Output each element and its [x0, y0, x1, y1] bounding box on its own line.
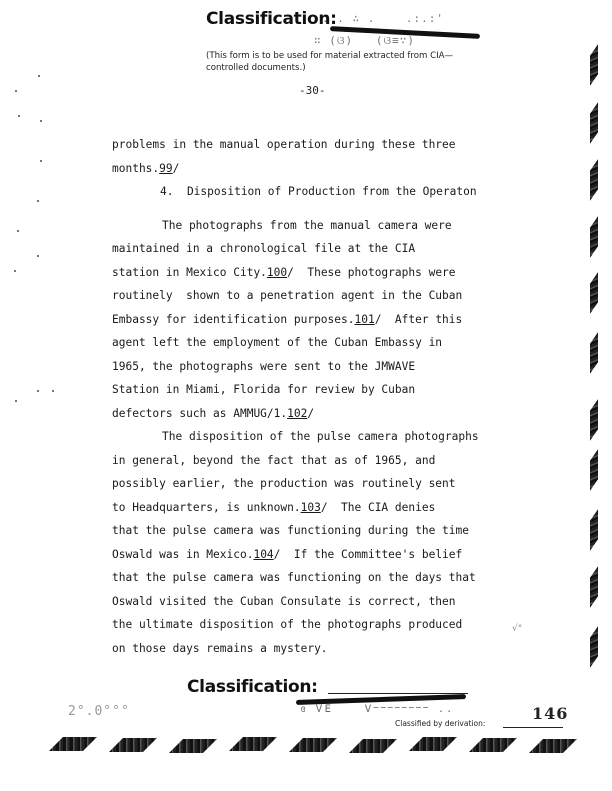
text-line: problems in the manual operation during … [112, 133, 532, 157]
footnote-ref: 101 [354, 313, 374, 326]
hatch-mark [590, 626, 598, 667]
derivation-line [503, 727, 563, 728]
scan-speck [18, 115, 20, 117]
hatch-mark [590, 449, 598, 490]
text-line: Oswald visited the Cuban Consulate is co… [112, 590, 532, 614]
scan-speck [15, 400, 17, 402]
text-line: to Headquarters, is unknown.103/ The CIA… [112, 496, 532, 520]
section-heading: 4. Disposition of Production from the Op… [112, 180, 532, 204]
text-segment: station in Mexico City. [112, 266, 267, 279]
redacted-marking-top-2: ∷ (ଓ) (ଓ≡∵) [314, 34, 415, 48]
hatch-mark [109, 738, 157, 752]
text-line: Station in Miami, Florida for review by … [112, 378, 532, 402]
text-line: the ultimate disposition of the photogra… [112, 613, 532, 637]
text-segment: / [307, 407, 314, 420]
form-note: (This form is to be used for material ex… [206, 50, 486, 74]
scan-speck [37, 255, 39, 257]
text-line: The disposition of the pulse camera phot… [112, 425, 532, 449]
text-segment: / After this [375, 313, 463, 326]
stamp-number: 2°.0°°° [68, 704, 130, 719]
hatch-mark [49, 737, 97, 751]
hatch-mark [590, 566, 598, 607]
text-segment: Station in Miami, Florida for review by … [112, 383, 415, 396]
scan-speck [14, 270, 16, 272]
text-line: Oswald was in Mexico.104/ If the Committ… [112, 543, 532, 567]
text-segment: The photographs from the manual camera w… [162, 219, 452, 232]
text-segment: / [173, 162, 180, 175]
text-segment: 4. Disposition of Production from the Op… [160, 185, 477, 198]
hatch-mark [590, 102, 598, 143]
text-line: The photographs from the manual camera w… [112, 214, 532, 238]
hatch-mark [590, 332, 598, 373]
text-segment: the ultimate disposition of the photogra… [112, 618, 462, 631]
text-line: that the pulse camera was functioning on… [112, 566, 532, 590]
text-segment: that the pulse camera was functioning du… [112, 524, 469, 537]
derivation-label: Classified by derivation: [395, 719, 485, 728]
text-segment: possibly earlier, the production was rou… [112, 477, 456, 490]
page-number-bottom: 146 [532, 704, 568, 723]
text-segment: defectors such as AMMUG/1. [112, 407, 287, 420]
text-line: 1965, the photographs were sent to the J… [112, 355, 532, 379]
text-line [112, 204, 532, 214]
text-segment: 1965, the photographs were sent to the J… [112, 360, 415, 373]
text-segment: Oswald was in Mexico. [112, 548, 253, 561]
text-line: that the pulse camera was functioning du… [112, 519, 532, 543]
margin-annotation: √° [512, 624, 522, 634]
text-segment: / The CIA denies [321, 501, 436, 514]
scan-speck [38, 75, 40, 77]
text-line: in general, beyond the fact that as of 1… [112, 449, 532, 473]
document-page: Classification: . . ∴ . .:.:' ∷ (ଓ) (ଓ≡∵… [0, 0, 612, 791]
text-segment: in general, beyond the fact that as of 1… [112, 454, 435, 467]
hatch-mark [169, 739, 217, 753]
text-segment: to Headquarters, is unknown. [112, 501, 301, 514]
hatch-mark [469, 738, 517, 752]
text-line: months.99/ [112, 157, 532, 181]
scan-speck [52, 390, 54, 392]
text-segment: / These photographs were [287, 266, 455, 279]
hatch-mark [289, 738, 337, 752]
footnote-ref: 103 [301, 501, 321, 514]
scan-speck [37, 390, 39, 392]
hatch-mark [590, 159, 598, 200]
text-segment: maintained in a chronological file at th… [112, 242, 415, 255]
footnote-ref: 100 [267, 266, 287, 279]
text-segment: routinely shown to a penetration agent i… [112, 289, 462, 302]
page-number-top: -30- [299, 84, 326, 97]
hatch-mark [590, 509, 598, 550]
hatch-mark [409, 737, 457, 751]
text-line: possibly earlier, the production was rou… [112, 472, 532, 496]
text-line: agent left the employment of the Cuban E… [112, 331, 532, 355]
hatch-mark [590, 399, 598, 440]
text-segment: problems in the manual operation during … [112, 138, 456, 151]
hatch-mark [229, 737, 277, 751]
text-segment: agent left the employment of the Cuban E… [112, 336, 442, 349]
redacted-marking-top: . . ∴ . .:.:' [322, 12, 444, 25]
hatch-mark [590, 44, 598, 85]
footnote-ref: 102 [287, 407, 307, 420]
scan-speck [15, 90, 17, 92]
redacted-marking-bottom: ɞ Ꮩⴹ Ꮩⲻⲻⲻⲻⲻⲻⲻⲻ .. [300, 701, 454, 715]
text-segment: months. [112, 162, 159, 175]
body-text: problems in the manual operation during … [112, 133, 532, 660]
hatch-mark [590, 272, 598, 313]
scan-speck [40, 120, 42, 122]
hatch-mark [349, 739, 397, 753]
text-line: routinely shown to a penetration agent i… [112, 284, 532, 308]
scan-speck [17, 230, 19, 232]
text-segment: on those days remains a mystery. [112, 642, 328, 655]
text-line: Embassy for identification purposes.101/… [112, 308, 532, 332]
classification-header: Classification: [206, 9, 337, 29]
text-segment: The disposition of the pulse camera phot… [162, 430, 479, 443]
footnote-ref: 104 [253, 548, 273, 561]
scan-speck [40, 160, 42, 162]
text-line: defectors such as AMMUG/1.102/ [112, 402, 532, 426]
text-segment: / If the Committee's belief [274, 548, 463, 561]
hatch-mark [529, 739, 577, 753]
hatch-mark [590, 216, 598, 257]
classification-footer: Classification: [187, 677, 318, 697]
footnote-ref: 99 [159, 162, 172, 175]
text-segment: Embassy for identification purposes. [112, 313, 354, 326]
text-segment: that the pulse camera was functioning on… [112, 571, 476, 584]
text-line: on those days remains a mystery. [112, 637, 532, 661]
text-line: station in Mexico City.100/ These photog… [112, 261, 532, 285]
scan-speck [37, 200, 39, 202]
text-line: maintained in a chronological file at th… [112, 237, 532, 261]
text-segment: Oswald visited the Cuban Consulate is co… [112, 595, 456, 608]
